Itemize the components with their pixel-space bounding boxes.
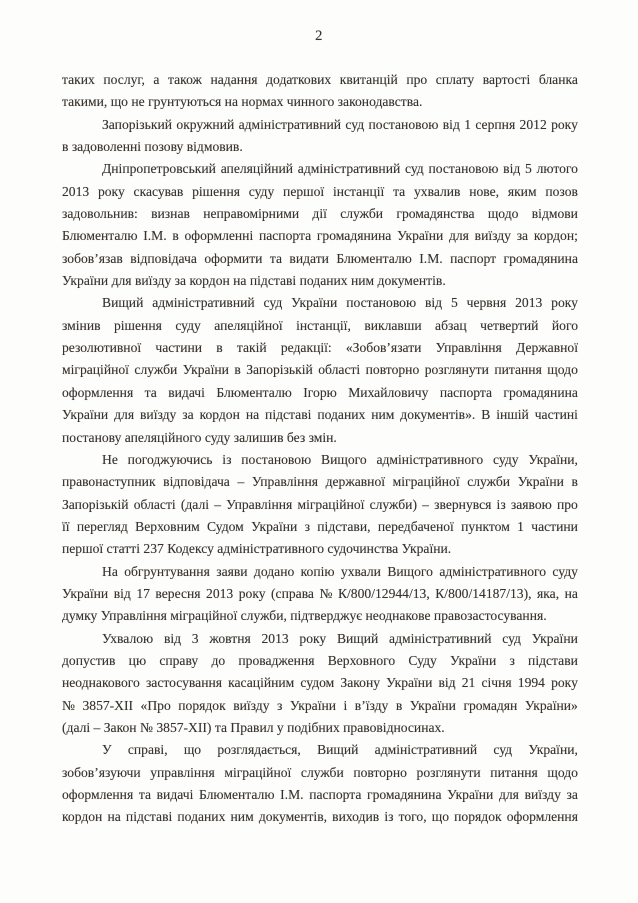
text-line: зобов’язаввідповідачаоформититавидатиБлю… xyxy=(62,248,578,270)
text-line: Українивід17вересня2013року(справа№К/800… xyxy=(62,583,578,605)
text-line: (далі – Закон № 3857-XII) та Правил у по… xyxy=(62,717,578,739)
text-line: 2013рокускасуваврішеннясудупершоїінстанц… xyxy=(62,181,578,203)
scanned-document-page: 2 такихпослуг,атакожнаданнядодатковихкви… xyxy=(0,0,638,903)
text-line: Ухвалоювід3жовтня2013рокуВищийадміністра… xyxy=(62,628,578,650)
text-line: неоднаковогозастосуваннякасаційнимсудомЗ… xyxy=(62,672,578,694)
text-line: міграційноїслужбиУкраїнивЗапорізькійобла… xyxy=(62,359,578,381)
text-line: Запорізькійобласті(далі–Управлінняміграц… xyxy=(62,494,578,516)
text-line: Усправі,щорозглядається,Вищийадміністрат… xyxy=(62,739,578,761)
text-line: такихпослуг,атакожнаданнядодатковихквита… xyxy=(62,69,578,91)
paragraph: Дніпропетровськийапеляційнийадміністрати… xyxy=(62,158,578,292)
paragraph: такихпослуг,атакожнаданнядодатковихквита… xyxy=(62,69,578,114)
text-line: оформленнятавидачіБлюменталюІ.М.паспорта… xyxy=(62,784,578,806)
document-text-block: такихпослуг,атакожнаданнядодатковихквита… xyxy=(62,69,578,829)
paragraph: Усправі,щорозглядається,Вищийадміністрат… xyxy=(62,739,578,828)
text-line: №3857-XII«ПропорядоквиїздузУкраїниів’їзд… xyxy=(62,695,578,717)
paragraph: ВищийадміністративнийсудУкраїнипостаново… xyxy=(62,292,578,448)
text-line: Українидлявиїздузакордоннапідставіподани… xyxy=(62,404,578,426)
paragraph: НепогоджуючисьізпостановоюВищогоадмініст… xyxy=(62,449,578,561)
text-line: їїпереглядВерховнимСудомУкраїнизпідстави… xyxy=(62,516,578,538)
paragraph: Ухвалоювід3жовтня2013рокуВищийадміністра… xyxy=(62,628,578,740)
paragraph: НаобгрунтуваннязаявидоданокопіюухвалиВищ… xyxy=(62,561,578,628)
text-line: такими, що не грунтуються на нормах чинн… xyxy=(62,91,578,113)
text-line: правонаступниквідповідача–Управліннядерж… xyxy=(62,471,578,493)
text-line: ВищийадміністративнийсудУкраїнипостаново… xyxy=(62,292,578,314)
text-line: в задоволенні позову відмовив. xyxy=(62,136,578,158)
text-line: допустивцюсправудопровадженняВерховногоС… xyxy=(62,650,578,672)
text-line: НепогоджуючисьізпостановоюВищогоадмініст… xyxy=(62,449,578,471)
text-line: зміниврішеннясудуапеляційноїінстанції,ви… xyxy=(62,315,578,337)
text-line: Запорізькийокружнийадміністративнийсудпо… xyxy=(62,114,578,136)
text-line: постанову апеляційного суду залишив без … xyxy=(62,427,578,449)
text-line: резолютивноїчастинивтакійредакції:«Зобов… xyxy=(62,337,578,359)
text-line: України для виїзду за кордон на підставі… xyxy=(62,270,578,292)
text-line: НаобгрунтуваннязаявидоданокопіюухвалиВищ… xyxy=(62,561,578,583)
text-line: задовольнив:визнавнеправомірнимидіїслужб… xyxy=(62,203,578,225)
page-number: 2 xyxy=(0,28,638,45)
text-line: Дніпропетровськийапеляційнийадміністрати… xyxy=(62,158,578,180)
text-line: кордоннапідставіподанихнимдокументів,вих… xyxy=(62,806,578,828)
text-line: БлюменталюІ.М.воформленніпаспортагромадя… xyxy=(62,225,578,247)
paragraph: Запорізькийокружнийадміністративнийсудпо… xyxy=(62,114,578,159)
text-line: думку Управління міграційної служби, під… xyxy=(62,605,578,627)
text-line: оформленнятавидачіБлюменталюІгорюМихайло… xyxy=(62,382,578,404)
text-line: першої статті 237 Кодексу адміністративн… xyxy=(62,538,578,560)
text-line: зобов’язуючиуправлінняміграційноїслужбип… xyxy=(62,762,578,784)
